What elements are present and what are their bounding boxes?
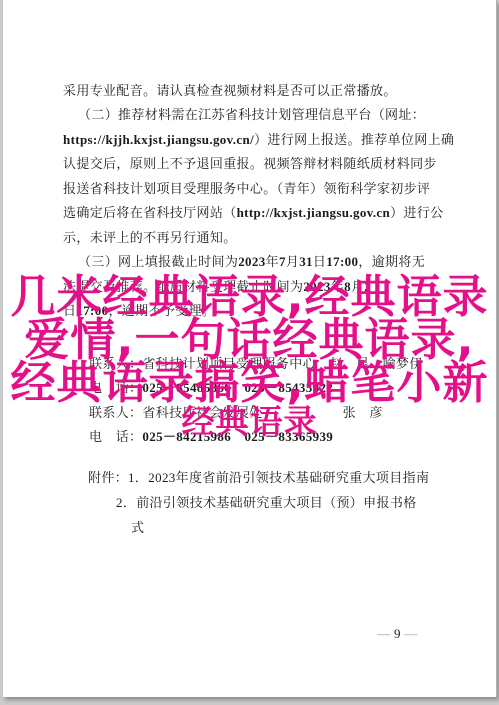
document-page bbox=[3, 0, 497, 697]
document-page-view: 采用专业配音。请认真检查视频材料是否可以正常播放。（二）推荐材料需在江苏省科技计… bbox=[0, 0, 499, 705]
